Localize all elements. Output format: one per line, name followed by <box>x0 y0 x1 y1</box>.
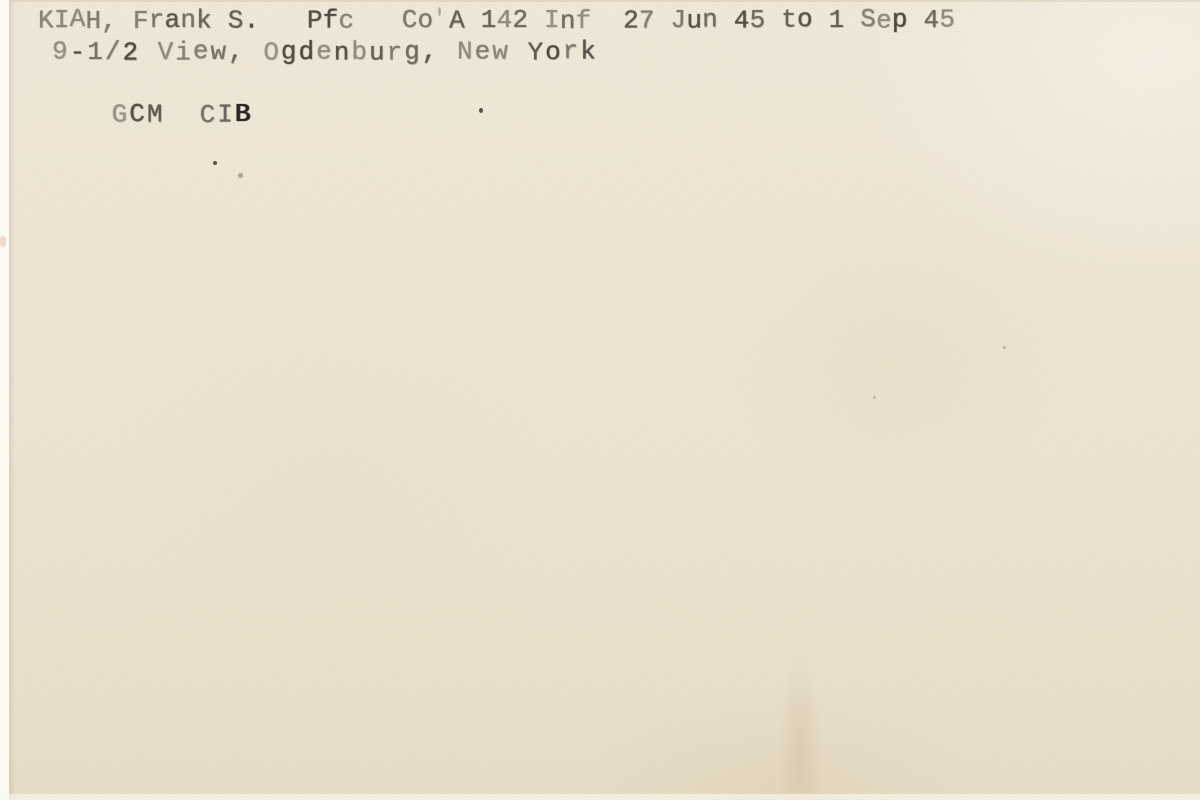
typed-character <box>212 5 228 35</box>
ink-speck <box>479 108 483 113</box>
typed-character: g <box>281 37 299 67</box>
typed-character: M <box>147 100 165 130</box>
typed-line-address: 9-1/2 View, Ogdenburg, New York <box>52 37 598 67</box>
scan-left-edge-strip <box>0 0 10 800</box>
typed-character: - <box>70 37 88 67</box>
typed-character: F <box>133 6 149 36</box>
typed-character: 4 <box>924 5 940 35</box>
typed-character: t <box>781 4 797 34</box>
scan-edge-notch <box>0 236 6 247</box>
typed-character <box>718 5 734 35</box>
typed-character: 4 <box>734 6 750 36</box>
typed-character: 7 <box>639 6 655 36</box>
typed-character: n <box>334 37 352 67</box>
typed-character: 4 <box>497 5 513 35</box>
typed-character: n <box>702 5 718 35</box>
typed-character: c <box>338 6 354 36</box>
typed-character: f <box>323 6 339 36</box>
ink-speck <box>1003 346 1006 349</box>
typed-character <box>591 6 607 36</box>
typed-character: e <box>475 36 493 66</box>
typed-character: A <box>70 4 86 34</box>
typed-character: N <box>457 37 475 67</box>
typed-character: k <box>580 36 598 66</box>
typed-character: u <box>686 6 702 36</box>
typed-character: f <box>576 6 592 36</box>
typed-character: , <box>101 6 117 36</box>
typed-character <box>433 6 449 36</box>
ink-speck <box>873 396 876 399</box>
typed-character: S <box>228 5 244 35</box>
ink-speck <box>438 7 441 16</box>
typed-character: J <box>671 5 687 35</box>
typed-character: S <box>860 4 876 34</box>
typed-character <box>607 5 623 35</box>
typed-character <box>291 6 307 36</box>
typed-character: e <box>876 5 892 35</box>
typed-character: 1 <box>481 5 497 35</box>
typed-character: I <box>217 100 235 130</box>
typed-character <box>370 4 386 34</box>
typed-character: K <box>38 6 54 36</box>
typed-character: e <box>193 36 211 66</box>
typed-character: o <box>418 5 434 35</box>
typed-character: / <box>105 37 123 67</box>
typed-character: 5 <box>939 4 955 34</box>
typed-character: H <box>85 6 101 36</box>
typed-character: P <box>307 5 323 35</box>
typed-character <box>528 5 544 35</box>
typed-character: I <box>544 5 560 35</box>
typed-line-awards: GCM CIB <box>6 69 253 159</box>
typed-character: o <box>797 4 813 34</box>
typed-character: g <box>404 37 422 67</box>
typed-character: i <box>175 38 193 68</box>
typed-character: I <box>54 5 70 35</box>
typed-character: C <box>402 5 418 35</box>
typed-character <box>164 98 182 128</box>
typed-character: u <box>369 38 387 68</box>
typed-character: C <box>129 99 147 129</box>
typed-character <box>844 5 860 35</box>
typed-character: 2 <box>623 5 639 35</box>
scan-top-edge <box>0 0 1200 2</box>
typed-character <box>246 38 264 68</box>
typed-character: . <box>244 5 260 35</box>
typed-character: G <box>112 99 130 129</box>
ink-speck <box>238 173 243 178</box>
typed-character <box>275 5 291 35</box>
typed-character: 9 <box>52 36 70 66</box>
typed-character: V <box>158 37 176 67</box>
typed-character: r <box>387 37 405 67</box>
typed-character: , <box>228 37 246 67</box>
typed-character: p <box>892 5 908 35</box>
typed-character: C <box>200 100 218 130</box>
typed-character: d <box>299 37 317 67</box>
typed-character: n <box>560 6 576 36</box>
typed-character: k <box>196 6 212 36</box>
typed-character <box>182 99 200 129</box>
typed-character: 2 <box>512 5 528 35</box>
scan-bottom-edge-strip <box>0 794 1200 800</box>
typed-character <box>765 6 781 36</box>
typed-character: e <box>316 36 334 66</box>
typed-character <box>117 5 133 35</box>
typed-character <box>465 5 481 35</box>
awards-overstruck-letter: B <box>235 99 253 129</box>
typed-character: , <box>422 37 440 67</box>
awards-text: GCM CI <box>112 99 235 129</box>
ink-speck <box>213 161 217 165</box>
typed-character: O <box>263 38 281 68</box>
typed-character <box>813 4 829 34</box>
typed-character <box>655 4 671 34</box>
typed-character: r <box>149 5 165 35</box>
typed-character: n <box>180 5 196 35</box>
typed-line-name-unit-dates: KIAH, Frank S. Pfc Co A 142 Inf 27 Jun 4… <box>38 5 955 35</box>
typed-character <box>386 5 402 35</box>
typed-character <box>908 6 924 36</box>
typed-character: 2 <box>122 38 140 68</box>
typed-character: r <box>563 36 581 66</box>
typed-character: b <box>351 37 369 67</box>
typed-character <box>439 37 457 67</box>
typed-character: Y <box>527 37 545 67</box>
scanned-index-card: KIAH, Frank S. Pfc Co A 142 Inf 27 Jun 4… <box>0 0 1200 800</box>
typed-character: w <box>210 37 228 67</box>
typed-character: 1 <box>829 5 845 35</box>
typed-character: 1 <box>87 37 105 67</box>
typed-character: o <box>545 37 563 67</box>
typed-character <box>354 6 370 36</box>
typed-character: 5 <box>750 5 766 35</box>
typed-character: a <box>165 5 181 35</box>
typed-character <box>510 37 528 67</box>
typed-character: w <box>492 37 510 67</box>
typed-character <box>259 5 275 35</box>
typed-character <box>140 37 158 67</box>
typed-character: A <box>449 6 465 36</box>
